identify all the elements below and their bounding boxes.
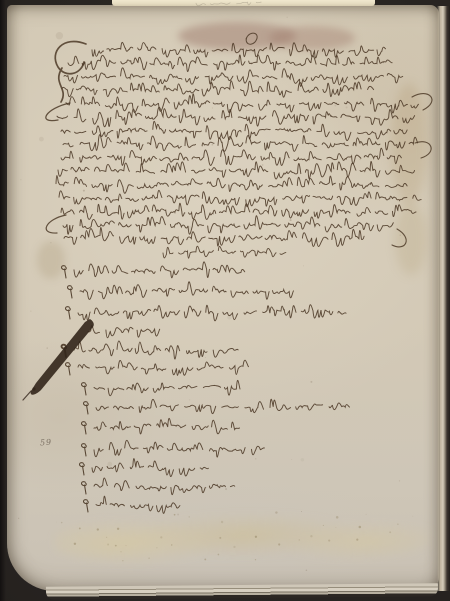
stain-top-right (269, 26, 355, 50)
scan-background: 59 (0, 0, 450, 601)
stain-top (178, 22, 296, 50)
stain-right-upper (391, 83, 427, 205)
stain-bottom-band (55, 508, 432, 569)
stain-left-margin (37, 241, 65, 279)
book-fore-edge (437, 6, 450, 591)
manuscript-page (7, 5, 439, 591)
previous-page-edge (112, 0, 375, 6)
book-bottom-edges (46, 583, 438, 599)
folio-number: 59 (40, 437, 53, 447)
stain-right-lower (395, 203, 427, 275)
